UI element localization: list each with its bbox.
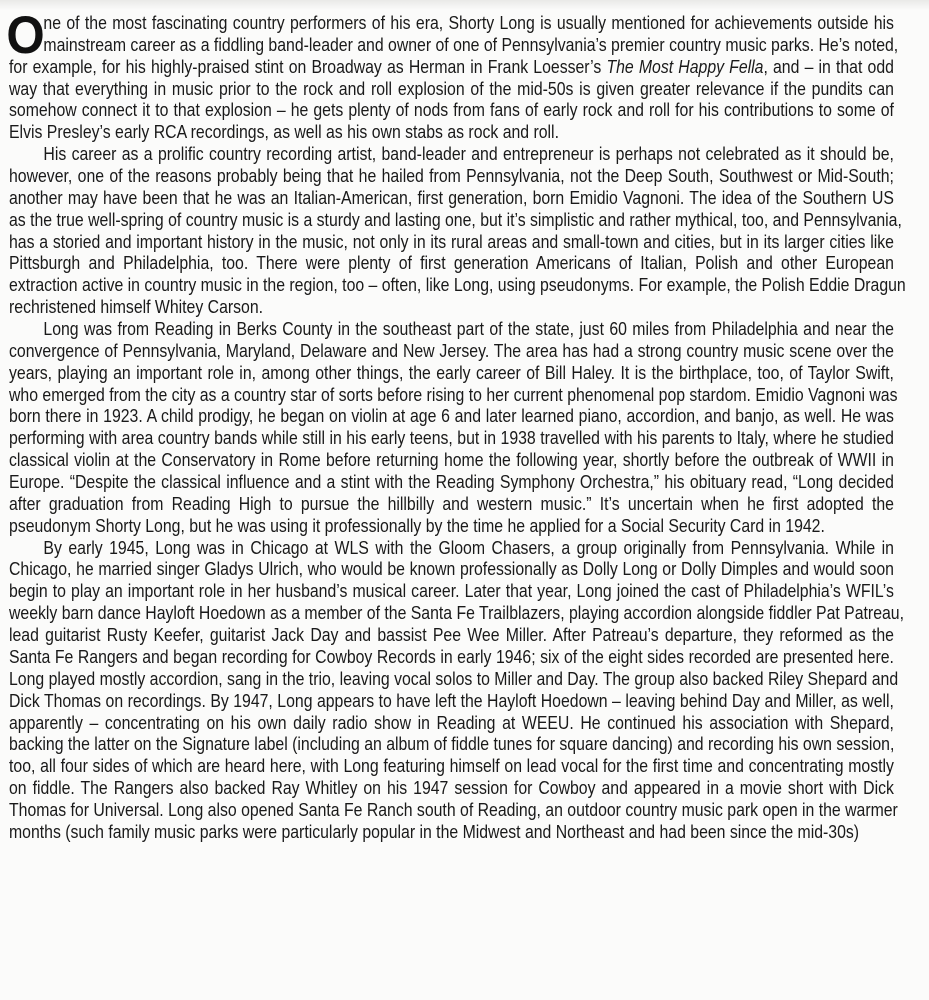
text-line: Dick Thomas on recordings. By 1947, Long… [9, 690, 894, 712]
text-line: ne of the most fascinating country perfo… [9, 12, 894, 34]
drop-cap: O [6, 14, 44, 58]
text-line: backing the latter on the Signature labe… [9, 733, 894, 755]
text-line: By early 1945, Long was in Chicago at WL… [9, 537, 894, 559]
text-segment: for example, for his highly-praised stin… [9, 56, 606, 77]
scan-edge-shadow [0, 0, 929, 10]
text-line: for example, for his highly-praised stin… [9, 56, 894, 78]
paragraph-4: By early 1945, Long was in Chicago at WL… [9, 537, 894, 843]
text-line: performing with area country bands while… [9, 427, 894, 449]
text-line: Long was from Reading in Berks County in… [9, 318, 894, 340]
show-title: The Most Happy Fella [606, 56, 763, 77]
text-line: another may have been that he was an Ita… [9, 187, 894, 209]
text-line: classical violin at the Conservatory in … [9, 449, 894, 471]
text-line: Elvis Presley’s early RCA recordings, as… [9, 121, 894, 143]
text-line: as the true well-spring of country music… [9, 209, 894, 231]
text-line: Pittsburgh and Philadelphia, too. There … [9, 252, 894, 274]
text-line: His career as a prolific country recordi… [9, 143, 894, 165]
text-line: apparently – concentrating on his own da… [9, 712, 894, 734]
text-line: lead guitarist Rusty Keefer, guitarist J… [9, 624, 894, 646]
text-line: Long played mostly accordion, sang in th… [9, 668, 894, 690]
text-line: convergence of Pennsylvania, Maryland, D… [9, 340, 894, 362]
article-body: O ne of the most fascinating country per… [9, 12, 894, 843]
text-line: who emerged from the city as a country s… [9, 384, 894, 406]
paragraph-1: ne of the most fascinating country perfo… [9, 12, 894, 143]
text-line: however, one of the reasons probably bei… [9, 165, 894, 187]
text-line: too, all four sides of which are heard h… [9, 755, 894, 777]
text-line: has a storied and important history in t… [9, 231, 894, 253]
text-line: Thomas for Universal. Long also opened S… [9, 799, 894, 821]
text-line: rechristened himself Whitey Carson. [9, 296, 894, 318]
text-line: Santa Fe Rangers and began recording for… [9, 646, 894, 668]
paragraph-2: His career as a prolific country recordi… [9, 143, 894, 318]
text-line: pseudonym Shorty Long, but he was using … [9, 515, 894, 537]
text-line: Chicago, he married singer Gladys Ulrich… [9, 558, 894, 580]
text-line: on fiddle. The Rangers also backed Ray W… [9, 777, 894, 799]
text-line: Europe. “Despite the classical influence… [9, 471, 894, 493]
text-line: extraction active in country music in th… [9, 274, 894, 296]
text-line: way that everything in music prior to th… [9, 78, 894, 100]
text-line: begin to play an important role in her h… [9, 580, 894, 602]
text-line: mainstream career as a fiddling band-lea… [9, 34, 894, 56]
text-segment: , and – in that odd [763, 56, 893, 77]
text-line: after graduation from Reading High to pu… [9, 493, 894, 515]
paragraph-3: Long was from Reading in Berks County in… [9, 318, 894, 537]
text-line: somehow connect it to that explosion – h… [9, 99, 894, 121]
text-line: born there in 1923. A child prodigy, he … [9, 405, 894, 427]
text-line: years, playing an important role in, amo… [9, 362, 894, 384]
text-line: months (such family music parks were par… [9, 821, 894, 843]
text-line: weekly barn dance Hayloft Hoedown as a m… [9, 602, 894, 624]
